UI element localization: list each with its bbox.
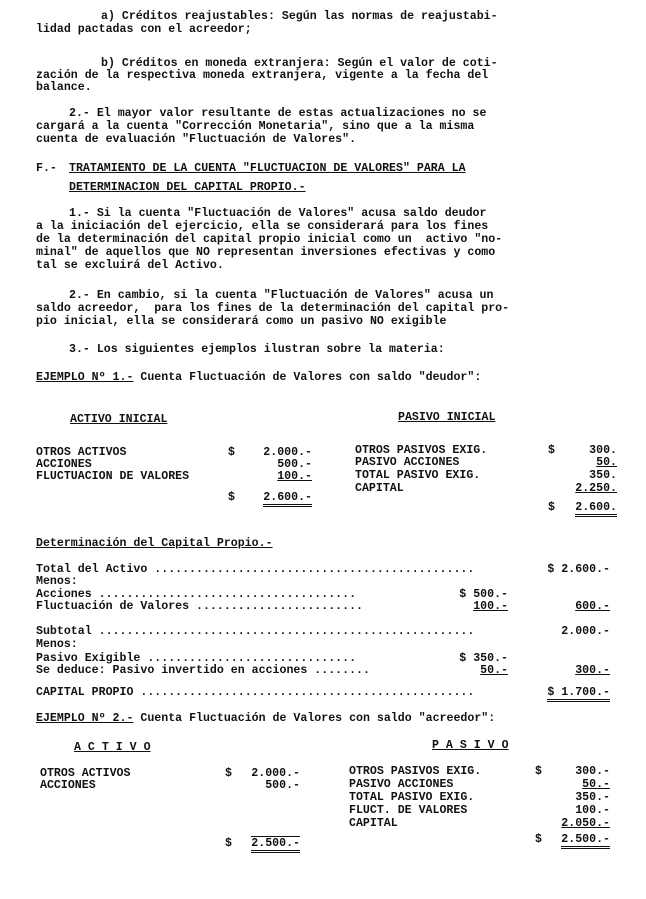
det-total-activo-label: Total del Activo .......................… — [36, 564, 474, 576]
ex2-pasivo-row-label: OTROS PASIVOS EXIG. — [349, 766, 481, 778]
ex2-activo-row-label: ACCIONES — [40, 780, 96, 792]
determination-heading: Determinación del Capital Propio.- — [36, 538, 273, 550]
example2-title: Cuenta Fluctuación de Valores con saldo … — [133, 712, 495, 725]
det-subtotal-label: Subtotal ...............................… — [36, 626, 474, 638]
section-f-p1-line2: a la iniciación del ejercicio, ella se c… — [36, 221, 488, 233]
det-less-total-2: 300.- — [530, 665, 610, 677]
ex1-pasivo-row-label: TOTAL PASIVO EXIG. — [355, 470, 480, 482]
ex2-pasivo-row-value: 50.- — [540, 779, 610, 791]
para-a-line2: lidad pactadas con el acreedor; — [36, 24, 252, 36]
det-capital-propio-label: CAPITAL PROPIO .........................… — [36, 687, 474, 699]
ex2-pasivo-row-label: CAPITAL — [349, 818, 398, 830]
ex1-pasivo-row-value: 50. — [555, 457, 617, 469]
para-2-line1: 2.- El mayor valor resultante de estas a… — [69, 108, 486, 120]
ex1-pasivo-row-label: PASIVO ACCIONES — [355, 457, 459, 469]
ex2-pasivo-row-label: PASIVO ACCIONES — [349, 779, 453, 791]
para-a-line1: a) Créditos reajustables: Según las norm… — [101, 11, 498, 23]
section-f-p1-line5: tal se excluirá del Activo. — [36, 260, 224, 272]
section-f-title-line2: DETERMINACION DEL CAPITAL PROPIO.- — [69, 182, 306, 194]
section-f-p2-line2: saldo acreedor, para los fines de la det… — [36, 303, 509, 315]
ex1-activo-total-currency: $ — [228, 492, 235, 504]
section-f-p2-line1: 2.- En cambio, si la cuenta "Fluctuación… — [69, 290, 493, 302]
para-b-line2: zación de la respectiva moneda extranjer… — [36, 70, 488, 82]
ex1-activo-row-currency: $ — [228, 447, 235, 459]
ex1-pasivo-total: 2.600. — [555, 502, 617, 514]
ex1-activo-total: 2.600.- — [240, 492, 312, 504]
ex2-activo-heading: A C T I V O — [74, 742, 151, 754]
ex1-pasivo-row-label: CAPITAL — [355, 483, 404, 495]
det-deduce-value: 50.- — [440, 665, 508, 677]
det-menos-2: Menos: — [36, 639, 78, 651]
ex2-activo-row-value: 500.- — [236, 780, 300, 792]
ex1-activo-row-label: FLUCTUACION DE VALORES — [36, 471, 189, 483]
ex2-pasivo-row-value: 350.- — [540, 792, 610, 804]
det-menos-1: Menos: — [36, 576, 78, 588]
det-fluct-value: 100.- — [440, 601, 508, 613]
ex2-pasivo-row-label: TOTAL PASIVO EXIG. — [349, 792, 474, 804]
example1-title: Cuenta Fluctuación de Valores con saldo … — [133, 371, 481, 384]
para-2-line2: cargará a la cuenta "Corrección Monetari… — [36, 121, 474, 133]
ex2-pasivo-row-value: 2.050.- — [540, 818, 610, 830]
ex2-activo-row-currency: $ — [225, 768, 232, 780]
det-fluct-label: Fluctuación de Valores .................… — [36, 601, 363, 613]
para-2-line3: cuenta de evaluación "Fluctuación de Val… — [36, 134, 356, 146]
section-f-p2-line3: pio inicial, ella se considerará como un… — [36, 316, 447, 328]
example1-heading: EJEMPLO Nº 1.- Cuenta Fluctuación de Val… — [36, 372, 481, 384]
ex2-pasivo-total: 2.500.- — [540, 834, 610, 846]
ex2-pasivo-row-value: 300.- — [540, 766, 610, 778]
ex2-activo-total-currency: $ — [225, 838, 232, 850]
ex1-pasivo-row-value: 350. — [555, 470, 617, 482]
det-capital-propio-value: $ 1.700.- — [530, 687, 610, 699]
det-less-total: 600.- — [530, 601, 610, 613]
det-subtotal-value: 2.000.- — [530, 626, 610, 638]
section-f-p1-line4: minal" de aquellos que NO representan in… — [36, 247, 495, 259]
ex2-pasivo-heading: P A S I V O — [432, 740, 509, 752]
det-total-activo-value: $ 2.600.- — [530, 564, 610, 576]
det-deduce-label: Se deduce: Pasivo invertido en acciones … — [36, 665, 370, 677]
example2-heading: EJEMPLO Nº 2.- Cuenta Fluctuación de Val… — [36, 713, 495, 725]
ex1-pasivo-heading: PASIVO INICIAL — [398, 412, 495, 424]
section-f-p1-line1: 1.- Si la cuenta "Fluctuación de Valores… — [69, 208, 486, 220]
ex1-pasivo-row-value: 2.250. — [555, 483, 617, 495]
ex2-activo-total: 2.500.- — [236, 838, 300, 850]
ex1-pasivo-total-currency: $ — [548, 502, 555, 514]
ex2-pasivo-row-label: FLUCT. DE VALORES — [349, 805, 467, 817]
ex1-pasivo-row-currency: $ — [548, 445, 555, 457]
section-f-title-line1: TRATAMIENTO DE LA CUENTA "FLUCTUACION DE… — [69, 163, 466, 175]
example1-label: EJEMPLO Nº 1.- — [36, 371, 133, 384]
section-f-label: F.- — [36, 163, 57, 175]
para-b-line3: balance. — [36, 82, 92, 94]
section-f-p1-line3: de la determinación del capital propio i… — [36, 234, 502, 246]
ex2-pasivo-row-value: 100.- — [540, 805, 610, 817]
example2-label: EJEMPLO Nº 2.- — [36, 712, 133, 725]
ex1-activo-heading: ACTIVO INICIAL — [70, 414, 167, 426]
section-f-p3: 3.- Los siguientes ejemplos ilustran sob… — [69, 344, 445, 356]
ex1-activo-row-value: 100.- — [240, 471, 312, 483]
